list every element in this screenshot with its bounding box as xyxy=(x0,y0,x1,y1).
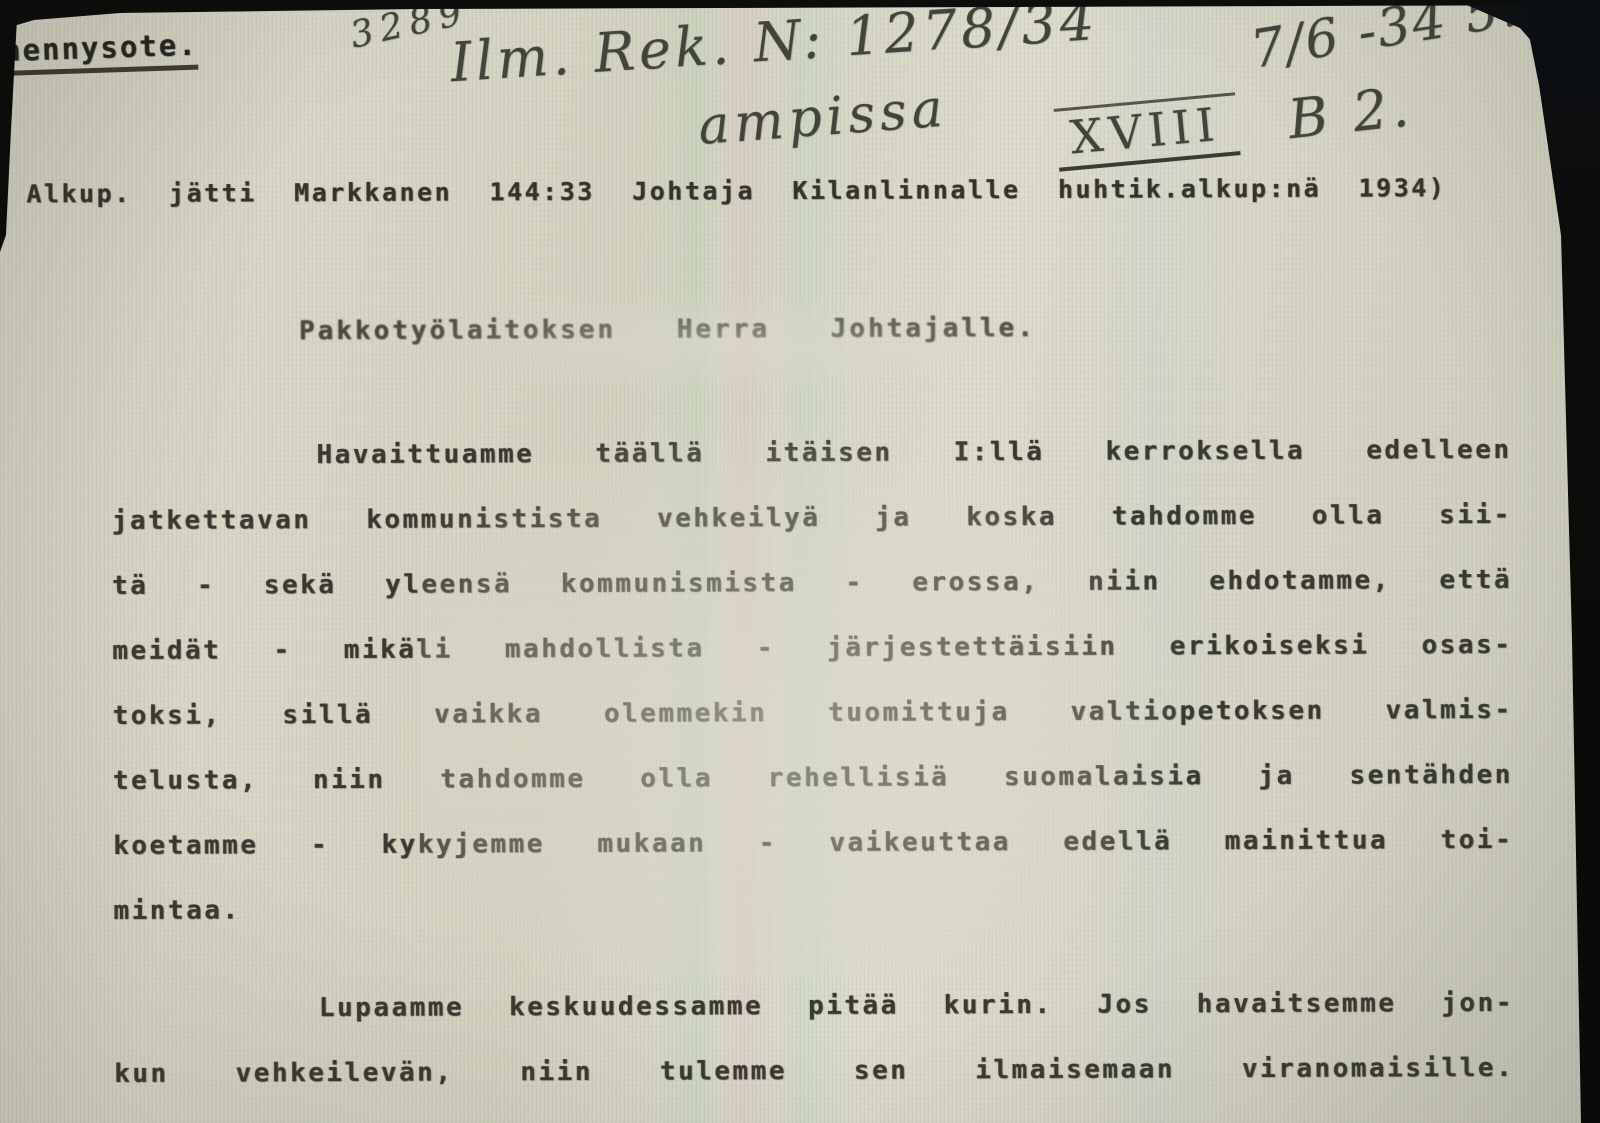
letter-body: Havaittuamme täällä itäisen I:llä kerrok… xyxy=(111,435,1514,1123)
body-line: telusta, niin tahdomme olla rehellisiä s… xyxy=(113,760,1513,831)
handwritten-registry-entry: Ilm. Rek. N: 1278/34 xyxy=(448,0,1100,94)
body-line: Lupaamme keskuudessamme pitää kurin. Jos… xyxy=(114,988,1514,1059)
body-line: toksi, sillä vaikka olemmekin tuomittuja… xyxy=(113,695,1513,766)
body-line: tä - sekä yleensä kommunismista - erossa… xyxy=(112,565,1512,636)
scanned-document-page: yhennysote. 3289 Ilm. Rek. N: 1278/34 7/… xyxy=(0,0,1600,1123)
copy-label: yhennysote. xyxy=(0,28,198,77)
document-content: yhennysote. 3289 Ilm. Rek. N: 1278/34 7/… xyxy=(0,0,1600,1123)
handwritten-folder-code: B 2. xyxy=(1285,75,1415,151)
body-line: Havaittuamme täällä itäisen I:llä kerrok… xyxy=(111,435,1511,506)
body-line: koetamme - kykyjemme mukaan - vaikeuttaa… xyxy=(113,825,1513,896)
body-line: meidät - mikäli mahdollista - järjestett… xyxy=(112,630,1512,701)
handwritten-date: 7/6 -34 5. xyxy=(1247,0,1523,81)
body-line: mintaa. xyxy=(113,890,1513,961)
original-deposit-note: Alkup. jätti Markkanen 144:33 Johtaja Ki… xyxy=(26,173,1446,208)
body-line: kun vehkeilevän, niin tulemme sen ilmais… xyxy=(114,1053,1514,1123)
paragraph-2: Lupaamme keskuudessamme pitää kurin. Jos… xyxy=(114,988,1515,1123)
handwritten-folder-word: ampissa xyxy=(696,79,949,157)
salutation-line: Pakkotyölaitoksen Herra Johtajalle. xyxy=(299,313,1036,346)
body-line: jatkettavan kommunistista vehkeilyä ja k… xyxy=(112,500,1512,571)
handwritten-folder-roman-numeral: XVIII xyxy=(1054,92,1241,171)
paragraph-1: Havaittuamme täällä itäisen I:llä kerrok… xyxy=(111,435,1513,961)
